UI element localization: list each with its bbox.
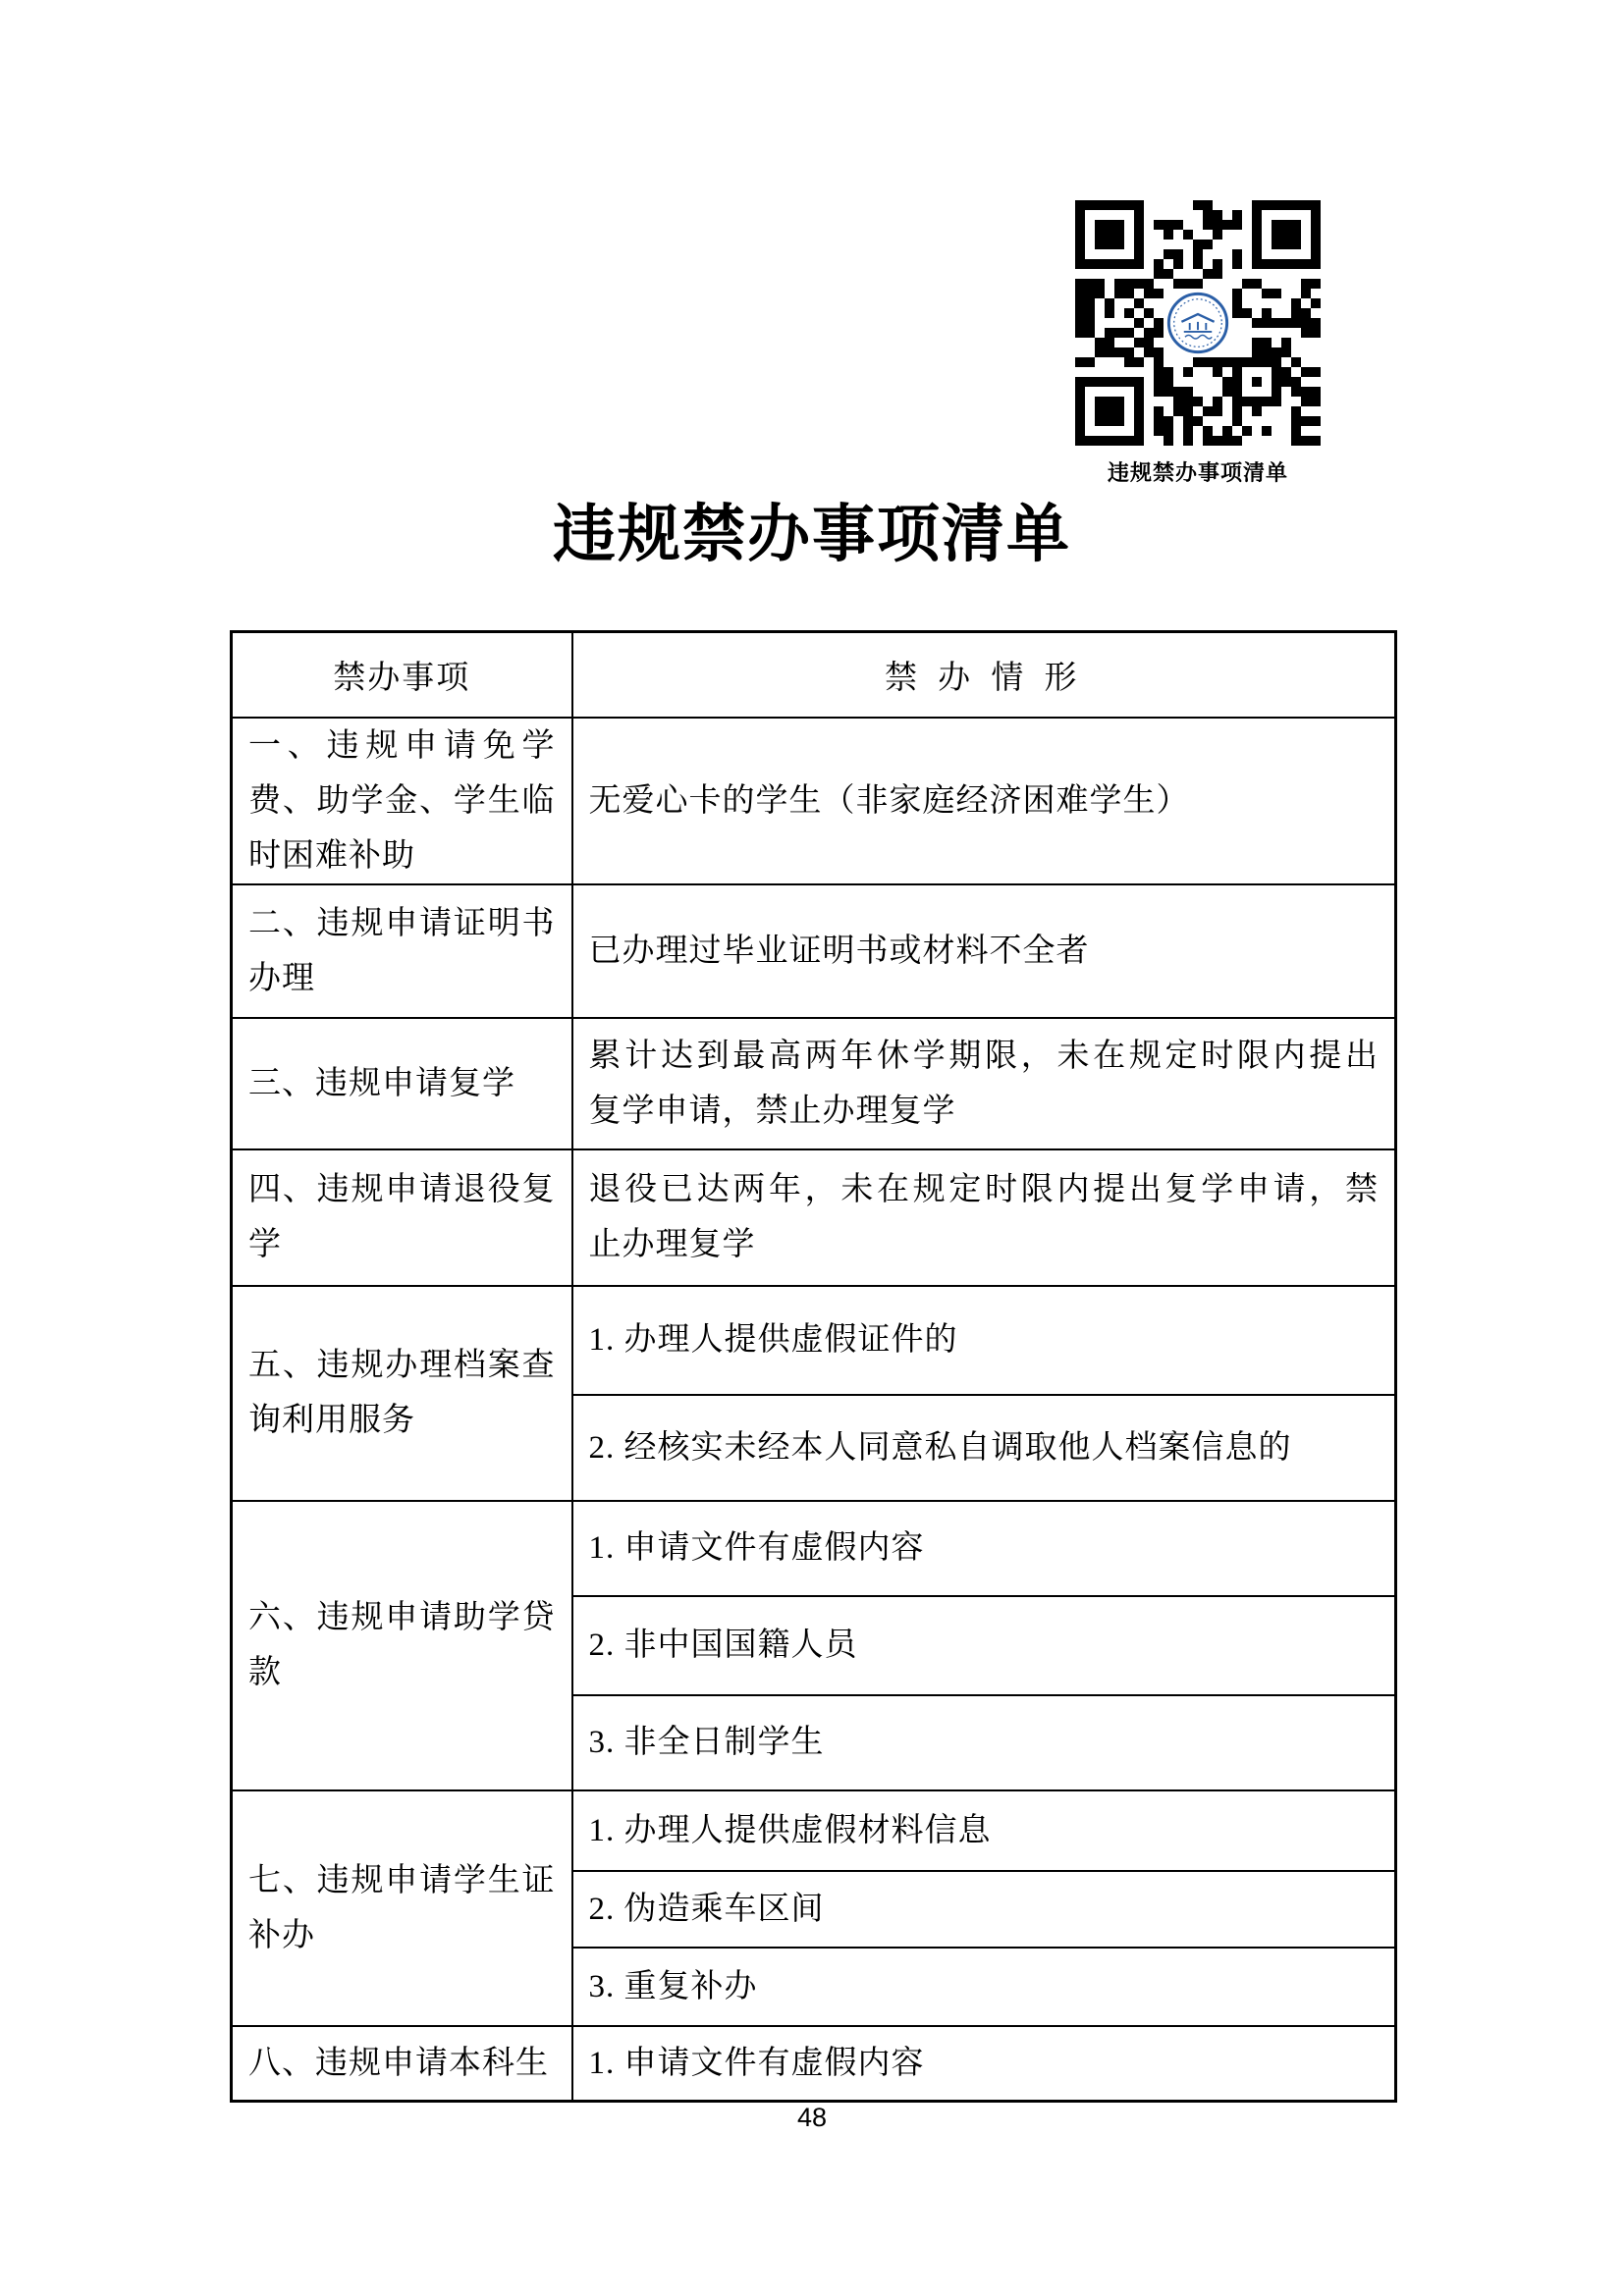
case-cell: 1. 办理人提供虚假材料信息 bbox=[572, 1790, 1396, 1871]
case-cell: 1. 申请文件有虚假内容 bbox=[572, 2026, 1396, 2102]
table-row: 五、违规办理档案查询利用服务 1. 办理人提供虚假证件的 bbox=[232, 1286, 1396, 1395]
table-row: 七、违规申请学生证补办 1. 办理人提供虚假材料信息 bbox=[232, 1790, 1396, 1871]
case-cell: 1. 申请文件有虚假内容 bbox=[572, 1501, 1396, 1596]
case-cell: 无爱心卡的学生（非家庭经济困难学生） bbox=[572, 718, 1396, 884]
case-cell: 已办理过毕业证明书或材料不全者 bbox=[572, 884, 1396, 1018]
qr-caption: 违规禁办事项清单 bbox=[1075, 456, 1321, 487]
header-cell-situations: 禁 办 情 形 bbox=[572, 632, 1396, 718]
page-title: 违规禁办事项清单 bbox=[0, 497, 1624, 573]
qr-code bbox=[1075, 200, 1321, 446]
case-cell: 2. 经核实未经本人同意私自调取他人档案信息的 bbox=[572, 1395, 1396, 1501]
case-cell: 2. 伪造乘车区间 bbox=[572, 1871, 1396, 1948]
qr-block: 违规禁办事项清单 bbox=[1075, 200, 1321, 487]
case-cell: 3. 重复补办 bbox=[572, 1948, 1396, 2026]
table-row: 一、违规申请免学费、助学金、学生临时困难补助 无爱心卡的学生（非家庭经济困难学生… bbox=[232, 718, 1396, 884]
item-cell: 七、违规申请学生证补办 bbox=[232, 1790, 572, 2026]
header-cell-items: 禁办事项 bbox=[232, 632, 572, 718]
item-cell: 五、违规办理档案查询利用服务 bbox=[232, 1286, 572, 1501]
item-cell: 一、违规申请免学费、助学金、学生临时困难补助 bbox=[232, 718, 572, 884]
document-page: 违规禁办事项清单 违规禁办事项清单 禁办事项 禁 办 情 形 一、违规申请免学费… bbox=[0, 0, 1624, 2296]
case-cell: 退役已达两年，未在规定时限内提出复学申请，禁止办理复学 bbox=[572, 1149, 1396, 1286]
university-logo-icon bbox=[1166, 292, 1229, 354]
item-cell: 二、违规申请证明书办理 bbox=[232, 884, 572, 1018]
table-row: 八、违规申请本科生 1. 申请文件有虚假内容 bbox=[232, 2026, 1396, 2102]
item-cell: 三、违规申请复学 bbox=[232, 1018, 572, 1149]
case-cell: 2. 非中国国籍人员 bbox=[572, 1596, 1396, 1695]
page-number: 48 bbox=[0, 2103, 1624, 2133]
table-row: 三、违规申请复学 累计达到最高两年休学期限，未在规定时限内提出复学申请，禁止办理… bbox=[232, 1018, 1396, 1149]
item-cell: 八、违规申请本科生 bbox=[232, 2026, 572, 2102]
table-row: 六、违规申请助学贷款 1. 申请文件有虚假内容 bbox=[232, 1501, 1396, 1596]
case-cell: 3. 非全日制学生 bbox=[572, 1695, 1396, 1790]
item-cell: 四、违规申请退役复学 bbox=[232, 1149, 572, 1286]
case-cell: 1. 办理人提供虚假证件的 bbox=[572, 1286, 1396, 1395]
prohibition-table: 禁办事项 禁 办 情 形 一、违规申请免学费、助学金、学生临时困难补助 无爱心卡… bbox=[230, 630, 1397, 2103]
table-row: 二、违规申请证明书办理 已办理过毕业证明书或材料不全者 bbox=[232, 884, 1396, 1018]
table-row: 四、违规申请退役复学 退役已达两年，未在规定时限内提出复学申请，禁止办理复学 bbox=[232, 1149, 1396, 1286]
table-header-row: 禁办事项 禁 办 情 形 bbox=[232, 632, 1396, 718]
item-cell: 六、违规申请助学贷款 bbox=[232, 1501, 572, 1790]
case-cell: 累计达到最高两年休学期限，未在规定时限内提出复学申请，禁止办理复学 bbox=[572, 1018, 1396, 1149]
